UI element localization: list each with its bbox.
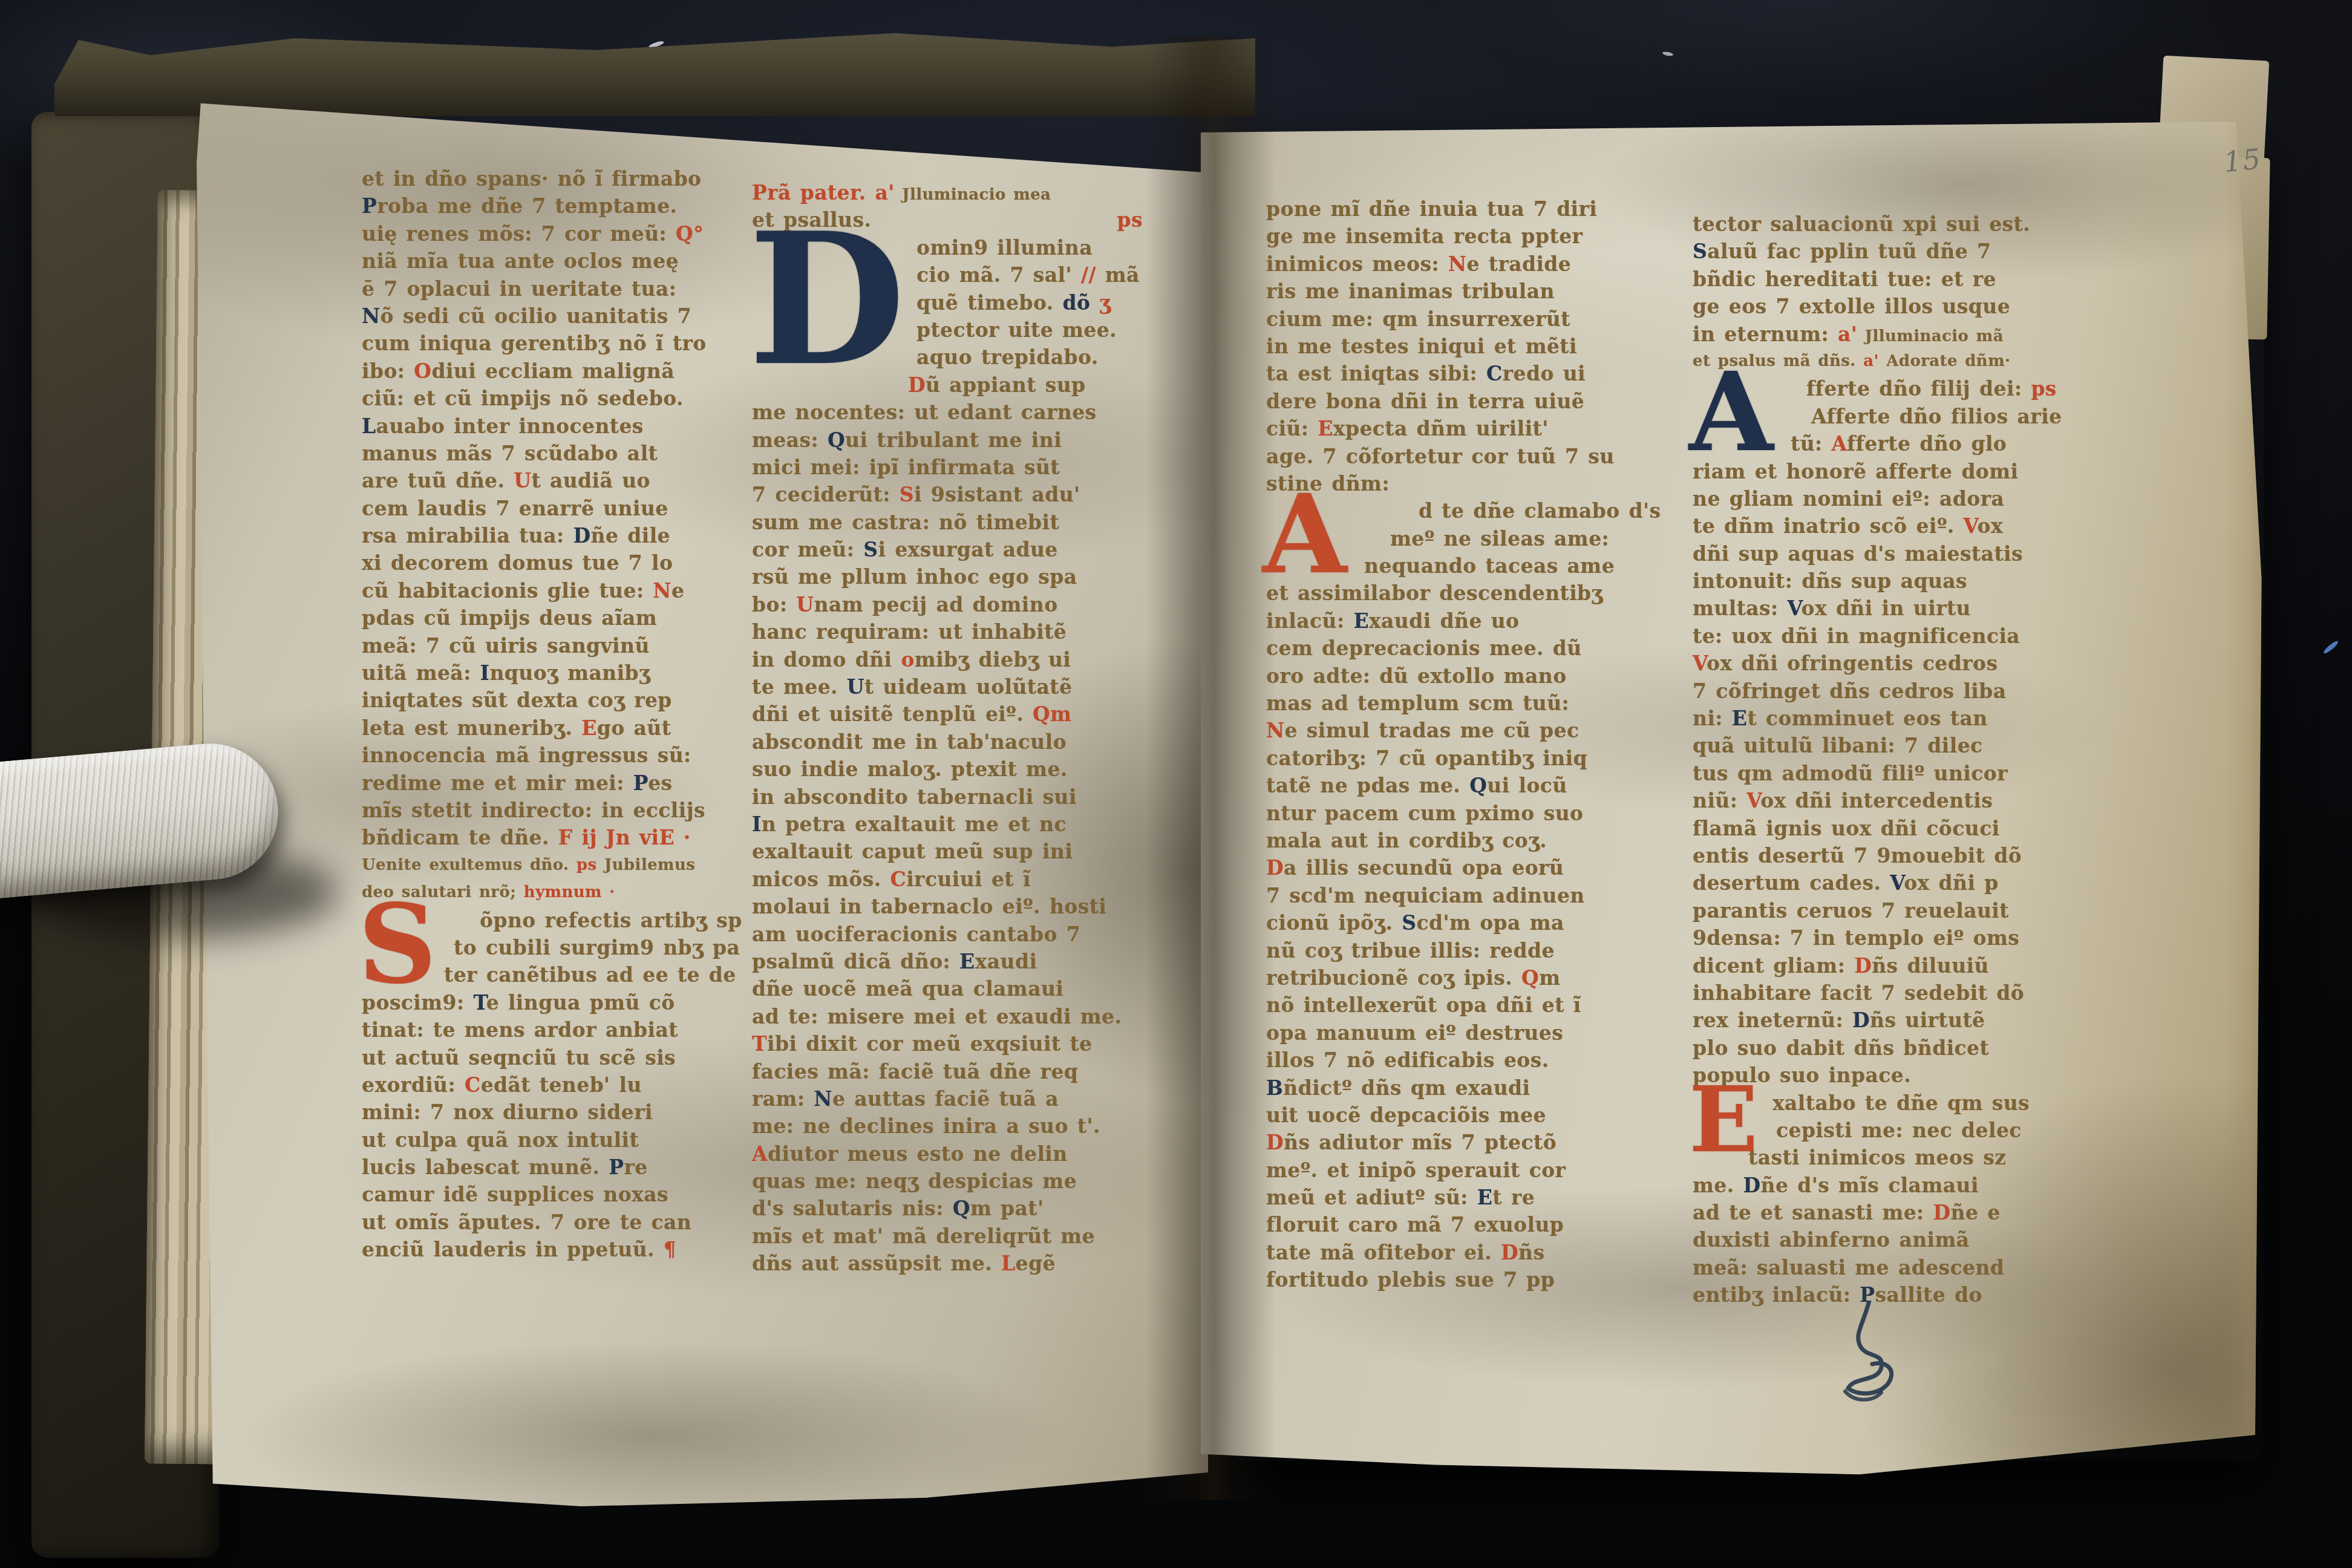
text-line: are tuũ dñe. Ut audiã uo: [362, 467, 754, 494]
text-segment: nũ coʒ tribue illis: redde: [1266, 939, 1555, 962]
text-line: ris me inanimas tribulan: [1266, 278, 1668, 305]
text-segment: I: [752, 812, 762, 836]
text-segment: bo:: [752, 593, 796, 616]
text-line: dicent gliam: Dñs diluuiũ: [1693, 952, 2104, 979]
text-segment: ʒ: [1090, 291, 1111, 315]
text-segment: mini: 7 nox diurno sideri: [362, 1100, 653, 1124]
text-segment: C: [890, 867, 907, 891]
text-segment: go aũt: [597, 716, 671, 740]
illuminated-initial-a: A: [1689, 370, 1773, 455]
text-segment: meũ et adiutº sũ:: [1266, 1186, 1477, 1209]
text-line: pone mĩ dñe inuia tua 7 diri: [1266, 195, 1668, 223]
text-segment: D: [1266, 1131, 1284, 1154]
text-segment: e tradide: [1466, 252, 1571, 276]
text-segment: ni:: [1693, 707, 1732, 730]
text-line: cem deprecacionis mee. dũ: [1266, 635, 1668, 662]
text-segment: N: [362, 304, 381, 328]
text-segment: ox dñi in uirtu: [1802, 596, 1971, 620]
text-segment: t audiã uo: [531, 469, 650, 492]
text-line: ad te et sanasti me: Dñe e: [1693, 1199, 2104, 1226]
text-line: in me testes iniqui et mẽti: [1266, 333, 1668, 360]
text-segment: S: [1693, 240, 1707, 263]
text-segment: rsa mirabilia tua:: [362, 524, 573, 547]
text-segment: dñi sup aquas d's maiestatis: [1693, 542, 2023, 566]
text-segment: N: [1448, 252, 1467, 276]
text-segment: ge eos 7 extolle illos usque: [1693, 295, 2010, 318]
text-segment: ñs: [1518, 1241, 1544, 1264]
text-segment: ge me insemita recta ppter: [1266, 224, 1583, 248]
text-line: Dñs adiutor mĩs 7 ptectõ: [1266, 1129, 1668, 1156]
text-segment: redo ui: [1503, 362, 1586, 385]
text-segment: tinat: te mens ardor anbiat: [362, 1018, 678, 1042]
text-segment: tector saluacionũ xpi sui est.: [1693, 212, 2030, 236]
text-segment: Q: [953, 1197, 970, 1220]
text-segment: d's salutaris nis:: [752, 1197, 953, 1220]
text-segment: in me testes iniqui et mẽti: [1266, 335, 1577, 358]
text-segment: Jlluminacio mã: [1857, 327, 2004, 345]
text-line: Tibi dixit cor meũ exqsiuit te: [752, 1030, 1171, 1057]
text-segment: ciũ: et cũ impijs nõ sedebo.: [362, 387, 684, 410]
text-segment: V: [1693, 652, 1707, 675]
text-segment: desertum cades.: [1693, 871, 1890, 895]
text-segment: E: [1477, 1186, 1493, 1209]
illuminated-initial-e: E: [1689, 1085, 1758, 1155]
text-segment: ¶: [664, 1238, 676, 1261]
text-segment: dere bona dñi in terra uiuẽ: [1266, 390, 1584, 413]
text-segment: e: [671, 579, 684, 603]
text-segment: aluũ fac pplin tuũ dñe 7: [1707, 240, 1991, 263]
text-segment: tatẽ ne pdas me.: [1266, 774, 1469, 797]
illuminated-initial-s: S: [358, 902, 437, 987]
text-line: te: uox dñi in magnificencia: [1693, 622, 2104, 650]
text-segment: dñe uocẽ meã qua clamaui: [752, 977, 1063, 1001]
text-segment: mĩs stetit indirecto: in ecclijs: [362, 799, 705, 822]
text-line: manus mãs 7 scũdabo alt: [362, 440, 754, 467]
text-line: abscondit me in tab'naculo: [752, 728, 1171, 756]
text-segment: xaltabo te dñe qm sus: [1772, 1091, 2030, 1115]
text-segment: meas:: [752, 428, 828, 452]
text-segment: õpno refectis artibʒ sp: [480, 909, 742, 932]
text-segment: D: [573, 524, 591, 547]
text-line: desertum cades. Vox dñi p: [1693, 869, 2104, 897]
text-segment: ut culpa quã nox intulit: [362, 1128, 639, 1152]
text-segment: ñs diluuiũ: [1872, 954, 1989, 978]
text-line: mici mei: ipĩ infirmata sũt: [752, 454, 1171, 481]
text-line: hanc requiram: ut inhabitẽ: [752, 618, 1171, 645]
text-line: inlacũ: Exaudi dñe uo: [1266, 607, 1668, 635]
text-segment: ñe dile: [591, 524, 670, 547]
text-segment: 7 scd'm nequiciam adinuen: [1266, 884, 1585, 907]
text-line: ē 7 oplacui in ueritate tua:: [362, 275, 754, 302]
text-segment: ũ appiant sup: [926, 373, 1086, 397]
text-segment: mã: [1096, 263, 1140, 287]
text-line: plo suo dabit dñs bñdicet: [1693, 1034, 2104, 1062]
text-segment: nõ intellexerũt opa dñi et ĩ: [1266, 993, 1581, 1017]
text-segment: age. 7 cõfortetur cor tuũ 7 su: [1266, 445, 1615, 468]
text-segment: pone mĩ dñe inuia tua 7 diri: [1266, 197, 1597, 221]
text-segment: E: [1353, 609, 1369, 633]
text-segment: rex ineternũ:: [1693, 1008, 1852, 1032]
text-segment: ps: [577, 856, 597, 874]
text-segment: F ij Jn viE ·: [558, 826, 691, 849]
text-line: 7 scd'm nequiciam adinuen: [1266, 882, 1668, 909]
text-segment: mibʒ diebʒ ui: [915, 648, 1071, 671]
text-segment: omin9 illumina: [916, 236, 1093, 260]
text-line: cium me: qm insurrexerũt: [1266, 305, 1668, 333]
text-line: rsũ me pllum inhoc ego spa: [752, 563, 1171, 590]
text-line: dñi et uisitẽ tenplũ eiº. Qm: [752, 701, 1171, 728]
text-segment: fferte dño filij dei:: [1806, 377, 2031, 400]
text-segment: C: [465, 1073, 481, 1097]
text-line: bñdic hereditati tue: et re: [1693, 266, 2104, 293]
text-segment: N: [653, 579, 671, 603]
illuminated-initial-a: A: [1263, 492, 1347, 577]
text-segment: diui eccliam malignã: [431, 359, 675, 383]
text-segment: ibo:: [362, 359, 414, 383]
text-line: meã: saluasti me adescend: [1693, 1254, 2104, 1281]
text-segment: D: [1743, 1174, 1761, 1197]
text-segment: dñi et uisitẽ tenplũ eiº.: [752, 702, 1033, 726]
text-segment: sum me castra: nõ timebit: [752, 511, 1059, 534]
text-line: suo indie maloʒ. ptexit me.: [752, 756, 1171, 783]
text-segment: i exsurgat adue: [878, 538, 1057, 561]
text-segment: lucis labescat munẽ.: [362, 1155, 609, 1179]
text-segment: Jlluminacio mea: [895, 186, 1051, 204]
text-segment: quẽ timebo.: [916, 291, 1063, 315]
text-line: ut culpa quã nox intulit: [362, 1126, 754, 1154]
text-segment: t re: [1492, 1186, 1535, 1209]
text-segment: a': [1838, 322, 1857, 346]
text-segment: ui tribulant me ini: [845, 428, 1062, 452]
text-line: opa manuum eiº destrues: [1266, 1019, 1668, 1047]
text-segment: in abscondito tabernacli sui: [752, 785, 1077, 809]
text-segment: are tuũ dñe.: [362, 469, 514, 492]
text-segment: multas:: [1693, 596, 1788, 620]
text-column-2: Prã pater. a' Jlluminacio meaet psallus.…: [752, 179, 1171, 1278]
text-segment: bñdic hereditati tue: et re: [1693, 267, 1996, 291]
text-segment: ta est iniqtas sibi:: [1266, 362, 1486, 385]
text-segment: suo indie maloʒ. ptexit me.: [752, 757, 1068, 781]
text-line: facies mã: faciẽ tuã dñe req: [752, 1058, 1171, 1085]
text-segment: Qm: [1033, 702, 1071, 726]
text-segment: cd'm opa ma: [1417, 911, 1564, 935]
text-line: am uociferacionis cantabo 7: [752, 921, 1171, 948]
text-line: cor meũ: Si exsurgat adue: [752, 536, 1171, 563]
text-segment: entis desertũ 7 9mouebit dõ: [1693, 844, 2022, 867]
text-line: tate mã ofitebor ei. Dñs: [1266, 1239, 1668, 1266]
text-segment: V: [1964, 514, 1978, 538]
text-line: dñs aut assũpsit me. Legẽ: [752, 1250, 1171, 1277]
text-segment: ut actuũ seqnciũ tu scẽ sis: [362, 1046, 676, 1070]
text-line: multas: Vox dñi in uirtu: [1693, 595, 2104, 622]
text-segment: es: [648, 771, 672, 795]
text-segment: dicent gliam:: [1693, 954, 1854, 978]
text-segment: ox dñi ofringentis cedros: [1707, 652, 1998, 675]
text-segment: rsũ me pllum inhoc ego spa: [752, 565, 1077, 589]
text-line: Vox dñi ofringentis cedros: [1693, 650, 2104, 677]
text-line: quã uitulũ libani: 7 dilec: [1693, 732, 2104, 759]
text-segment: ad te: misere mei et exaudi me.: [752, 1005, 1122, 1028]
open-manuscript-book: et in dño spans· nõ ĩ firmaboProba me dñ…: [0, 0, 2352, 1568]
text-segment: niã mĩa tua ante oclos meę: [362, 249, 679, 273]
text-line: 7 cõfringet dñs cedros liba: [1693, 678, 2104, 705]
text-segment: O: [414, 359, 431, 383]
text-segment: S: [900, 483, 914, 506]
text-segment: n petra exaltauit me et nc: [762, 812, 1067, 836]
text-segment: xi decorem domus tue 7 lo: [362, 551, 673, 575]
text-segment: m pat': [970, 1197, 1044, 1220]
text-line: innocencia mã ingressus sũ:: [362, 742, 754, 769]
text-segment: xpecta dñm uirilit': [1333, 417, 1549, 440]
text-segment: tate mã ofitebor ei.: [1266, 1241, 1501, 1264]
text-segment: auabo inter innocentes: [376, 414, 644, 438]
text-line: 7 ceciderũt: Si 9sistant adu': [752, 481, 1171, 508]
text-line: meº. et inipõ sperauit cor: [1266, 1157, 1668, 1184]
text-line: floruit caro mã 7 exuolup: [1266, 1211, 1668, 1238]
text-line: dñe uocẽ meã qua clamaui: [752, 975, 1171, 1002]
text-line: Ne simul tradas me cũ pec: [1266, 717, 1668, 744]
text-line: redime me et mir mei: Pes: [362, 769, 754, 797]
text-segment: quã uitulũ libani: 7 dilec: [1693, 734, 1983, 757]
text-line: me. Dñe d's mĩs clamaui: [1693, 1172, 2104, 1199]
text-segment: ñs adiutor mĩs 7 ptectõ: [1284, 1131, 1557, 1154]
text-segment: te: uox dñi in magnificencia: [1693, 624, 2020, 648]
text-segment: ox: [1978, 514, 2004, 538]
text-line: ut omĩs ãputes. 7 ore te can: [362, 1209, 754, 1236]
text-segment: flamã ignis uox dñi cõcuci: [1693, 817, 2000, 840]
text-segment: cio mã. 7 sal': [916, 263, 1081, 287]
text-line: Da illis secundũ opa eorũ: [1266, 854, 1668, 881]
text-segment: N: [1266, 719, 1285, 742]
text-line: tatẽ ne pdas me. Qui locũ: [1266, 772, 1668, 799]
text-segment: ñdictº dñs qm exaudi: [1283, 1076, 1530, 1100]
text-segment: inhabitare facit 7 sedebit dõ: [1693, 981, 2024, 1005]
text-segment: ñe d's mĩs clamaui: [1761, 1174, 1979, 1197]
text-segment: camur idẽ supplices noxas: [362, 1183, 668, 1206]
text-segment: tũ:: [1791, 432, 1832, 456]
text-segment: U: [796, 593, 814, 616]
text-line: nõ intellexerũt opa dñi et ĩ: [1266, 991, 1668, 1019]
text-line: cem laudis 7 enarrẽ uniue: [362, 495, 754, 522]
text-segment: P: [633, 771, 648, 795]
text-column-1: et in dño spans· nõ ĩ firmaboProba me dñ…: [362, 165, 754, 1264]
text-segment: V: [1890, 871, 1904, 895]
text-segment: uitã meã:: [362, 661, 480, 685]
text-segment: ad te et sanasti me:: [1693, 1201, 1933, 1224]
text-segment: ptector uite mee.: [916, 318, 1117, 342]
text-segment: intonuit: dñs sup aquas: [1693, 569, 1967, 593]
text-line: cũ habitacionis glie tue: Ne: [362, 577, 754, 604]
text-line: psalmũ dicã dño: Exaudi: [752, 948, 1171, 975]
text-line: sum me castra: nõ timebit: [752, 509, 1171, 536]
text-line: rsa mirabilia tua: Dñe dile: [362, 522, 754, 549]
text-segment: N: [814, 1087, 832, 1111]
text-line: mas ad templum scm tuũ:: [1266, 690, 1668, 717]
text-segment: mĩs et mat' mã dereliqrũt me: [752, 1224, 1095, 1248]
text-segment: tus qm admodũ filiº unicor: [1693, 762, 2008, 785]
text-line: ciũ: Expecta dñm uirilit': [1266, 415, 1668, 442]
text-line: te mee. Ut uideam uolũtatẽ: [752, 673, 1171, 701]
text-segment: Afferte dño filios arie: [1811, 405, 2062, 428]
text-segment: ne gliam nomini eiº: adora: [1693, 487, 2004, 511]
text-line: meã: 7 cũ uiris sangvinũ: [362, 632, 754, 659]
text-segment: diutor meus esto ne delin: [768, 1142, 1068, 1166]
text-line: Nõ sedi cũ ocilio uanitatis 7: [362, 302, 754, 330]
text-segment: floruit caro mã 7 exuolup: [1266, 1213, 1564, 1236]
text-line: catoribʒ: 7 cũ opantibʒ iniq: [1266, 745, 1668, 772]
text-segment: facies mã: faciẽ tuã dñe req: [752, 1060, 1078, 1083]
text-segment: mici mei: ipĩ infirmata sũt: [752, 456, 1060, 479]
text-segment: i 9sistant adu': [914, 483, 1080, 506]
text-segment: am uociferacionis cantabo 7: [752, 923, 1080, 946]
text-segment: e simul tradas me cũ pec: [1285, 719, 1579, 742]
text-segment: hanc requiram: ut inhabitẽ: [752, 620, 1067, 644]
text-segment: molaui in tabernaclo eiº. hosti: [752, 895, 1106, 918]
text-segment: dõ: [1063, 291, 1091, 315]
text-segment: ntur pacem cum pximo suo: [1266, 802, 1583, 825]
text-line: oro adte: dũ extollo mano: [1266, 662, 1668, 690]
manuscript-photograph: et in dño spans· nõ ĩ firmaboProba me dñ…: [0, 0, 2352, 1568]
text-segment: ciũ:: [1266, 417, 1318, 440]
text-segment: me.: [1693, 1174, 1743, 1197]
text-segment: Uenite exultemus dño.: [362, 856, 577, 874]
text-segment: et in dño spans· nõ ĩ firmabo: [362, 167, 702, 191]
text-segment: exordiũ:: [362, 1073, 465, 1097]
text-segment: D: [1933, 1201, 1951, 1224]
text-segment: cionũ ipõʒ.: [1266, 911, 1402, 935]
text-line: ne gliam nomini eiº: adora: [1693, 485, 2104, 512]
text-segment: ñs uirtutẽ: [1870, 1008, 1985, 1032]
text-segment: ram:: [752, 1087, 814, 1111]
text-segment: te dñm inatrio scõ eiº.: [1693, 514, 1964, 538]
text-segment: 7 ceciderũt:: [752, 483, 900, 506]
text-line: ut actuũ seqnciũ tu scẽ sis: [362, 1044, 754, 1071]
text-segment: Q°: [676, 222, 704, 246]
text-segment: ox dñi intercedentis: [1760, 789, 1993, 812]
text-line: mini: 7 nox diurno sideri: [362, 1099, 754, 1126]
text-segment: te mee.: [752, 675, 847, 699]
text-segment: E: [581, 716, 597, 740]
text-segment: D: [1501, 1241, 1518, 1264]
text-segment: ps: [2031, 377, 2056, 400]
text-segment: Q: [828, 428, 845, 452]
text-segment: õ sedi cũ ocilio uanitatis 7: [381, 304, 692, 328]
pen-flourish-icon: [1827, 1301, 1918, 1403]
text-line: micos mõs. Circuiui et ĩ: [752, 866, 1171, 893]
text-segment: o: [901, 648, 914, 671]
text-line: meũ et adiutº sũ: Et re: [1266, 1184, 1668, 1211]
text-segment: L: [1001, 1252, 1016, 1275]
text-segment: A: [1832, 432, 1847, 456]
text-line: ciũ: et cũ impijs nõ sedebo.: [362, 385, 754, 412]
text-segment: meã: 7 cũ uiris sangvinũ: [362, 634, 650, 658]
text-line: dere bona dñi in terra uiuẽ: [1266, 388, 1668, 415]
text-line: meas: Qui tribulant me ini: [752, 426, 1171, 454]
text-segment: B: [1266, 1076, 1283, 1100]
text-column-3: pone mĩ dñe inuia tua 7 dirige me insemi…: [1266, 195, 1668, 1294]
text-line: Saluũ fac pplin tuũ dñe 7: [1693, 238, 2104, 265]
text-line: 9densa: 7 in templo eiº oms: [1693, 924, 2104, 952]
text-line: rex ineternũ: Dñs uirtutẽ: [1693, 1007, 2104, 1034]
text-segment: E: [959, 950, 975, 973]
text-segment: oro adte: dũ extollo mano: [1266, 664, 1567, 688]
text-segment: ircuiui et ĩ: [906, 867, 1031, 891]
text-line: xi decorem domus tue 7 lo: [362, 549, 754, 577]
text-line: uię renes mõs: 7 cor meũ: Q°: [362, 220, 754, 247]
text-line: fortitudo plebis sue 7 pp: [1266, 1266, 1668, 1293]
text-segment: V: [1788, 596, 1802, 620]
text-line: tus qm admodũ filiº unicor: [1693, 760, 2104, 787]
text-segment: T: [752, 1032, 767, 1056]
text-line: bo: Unam pecij ad domino: [752, 591, 1171, 618]
text-line: cum iniqua gerentibʒ nõ ĩ tro: [362, 330, 754, 357]
text-segment: fferte dño glo: [1847, 432, 2007, 456]
text-segment: t comminuet eos tan: [1747, 707, 1987, 730]
text-segment: meº ne sileas ame:: [1390, 527, 1609, 550]
text-segment: nequando taceas ame: [1364, 554, 1615, 578]
text-line: uit uocẽ depcaciõis mee: [1266, 1102, 1668, 1129]
text-segment: re: [624, 1155, 648, 1179]
text-segment: tasti inimicos meos sz: [1748, 1146, 2006, 1169]
text-segment: iniqtates sũt dexta coʒ rep: [362, 688, 672, 712]
text-segment: U: [847, 675, 864, 699]
text-segment: plo suo dabit dñs bñdicet: [1693, 1036, 1989, 1060]
text-line: exaltauit caput meũ sup ini: [752, 838, 1171, 865]
text-segment: P: [609, 1155, 624, 1179]
text-segment: roba me dñe 7 temptame.: [377, 194, 677, 218]
text-line: ibo: Odiui eccliam malignã: [362, 358, 754, 385]
text-segment: meã: saluasti me adescend: [1693, 1256, 2004, 1279]
text-line: inimicos meos: Ne tradide: [1266, 250, 1668, 278]
text-line: age. 7 cõfortetur cor tuũ 7 su: [1266, 443, 1668, 470]
leather-cover-top-edge: [54, 31, 1255, 116]
text-segment: opa manuum eiº destrues: [1266, 1021, 1563, 1045]
text-segment: cũ habitacionis glie tue:: [362, 579, 653, 603]
text-segment: ox dñi p: [1904, 871, 1999, 895]
text-line: mala aut in cordibʒ coʒ.: [1266, 827, 1668, 854]
text-line: In petra exaltauit me et nc: [752, 811, 1171, 838]
text-segment: catoribʒ: 7 cũ opantibʒ iniq: [1266, 746, 1587, 770]
text-line: te dñm inatrio scõ eiº. Vox: [1693, 512, 2104, 540]
text-segment: a': [1863, 352, 1879, 370]
text-segment: xaudi: [975, 950, 1037, 973]
text-segment: P: [362, 194, 377, 218]
text-line: iniqtates sũt dexta coʒ rep: [362, 687, 754, 714]
text-segment: S: [1402, 911, 1416, 935]
text-line: tector saluacionũ xpi sui est.: [1693, 211, 2104, 238]
text-line: ni: Et comminuet eos tan: [1693, 705, 2104, 732]
text-segment: bñdicam te dñe.: [362, 826, 558, 849]
text-segment: xaudi dñe uo: [1369, 609, 1520, 633]
text-segment: 7 cõfringet dñs cedros liba: [1693, 679, 2007, 703]
text-segment: cem deprecacionis mee. dũ: [1266, 636, 1582, 660]
illuminated-initial-d: D: [748, 229, 906, 371]
text-line: dñi sup aquas d's maiestatis: [1693, 540, 2104, 567]
text-segment: a illis secundũ opa eorũ: [1284, 856, 1564, 880]
text-segment: abscondit me in tab'naculo: [752, 730, 1067, 754]
text-segment: duxisti abinferno animã: [1693, 1228, 1970, 1252]
text-line: in domo dñi omibʒ diebʒ ui: [752, 646, 1171, 673]
text-segment: redime me et mir mei:: [362, 771, 633, 795]
text-line: Bñdictº dñs qm exaudi: [1266, 1074, 1668, 1102]
text-line: ge me insemita recta ppter: [1266, 223, 1668, 250]
text-segment: e lingua pmũ cõ: [486, 991, 675, 1014]
text-segment: I: [480, 661, 490, 685]
text-segment: quas me: neqʒ despicias me: [752, 1169, 1077, 1193]
text-segment: inimicos meos:: [1266, 252, 1448, 276]
text-line: in abscondito tabernacli sui: [752, 783, 1171, 811]
text-line: exordiũ: Cedãt teneb' lu: [362, 1071, 754, 1099]
